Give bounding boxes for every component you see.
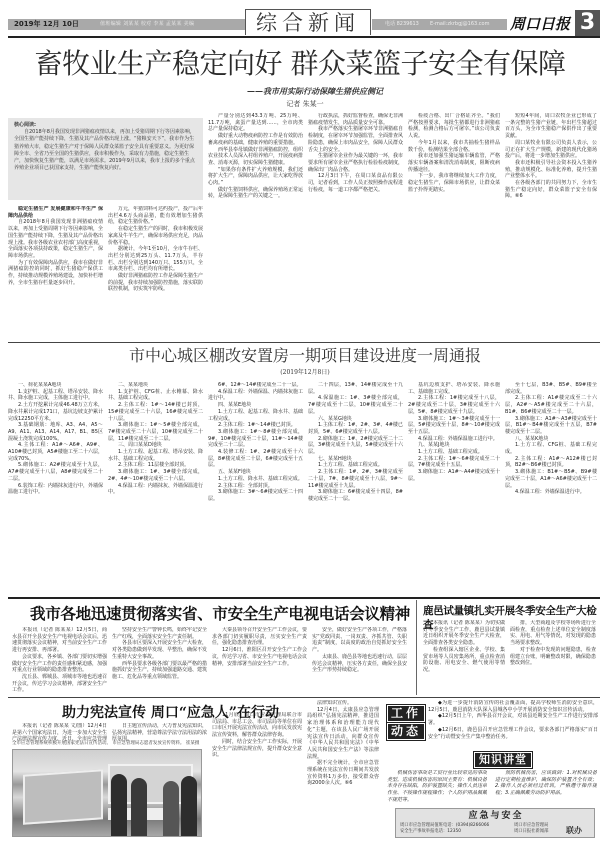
bulletin-item: 3.基础钢筋：地库、A3、A4、A5～A9、A11、A13、A14、A17、B1… <box>8 422 103 442</box>
section-title: 综合新闻 <box>245 9 371 35</box>
bulletin-item: 1.土方工程、基础工程完成。 <box>408 449 500 456</box>
story2-column-3: 大秦县领导召开安全生产工作会议，要求各部门切实履职尽责，压实安全生产责任，强化隐… <box>212 627 307 693</box>
paragraph: “如果你有条件扩大养殖规模，我们还将扩大生产，保障肉品供应，让大家吃得放心肉。” <box>208 167 303 187</box>
story4-column-1: 本报讯（记者 陈某某 文/图）12月4日是第六个国家宪法日，为进一步加大安全生产… <box>12 723 107 741</box>
bulletin-item: 4.保温工程：外墙保温、内墙抹灰施工进行中。 <box>208 389 303 402</box>
bulletin-item: 四、某某E地块 <box>208 402 303 409</box>
paragraph: 自2018年8月我国发现非洲猪瘟疫情以来，再加上受猪周期下行等因素影响，全国生猪… <box>8 219 103 259</box>
bulletin-column-6: 至十七层，B3#、B5#、B9#楼全部完成。 2.主体工程：A1#楼完成至二十六… <box>505 382 597 594</box>
lead-column-5: 检疫合格、出厂合格证齐全。“我们严格按照要求，每批生猪都进行非洲猪瘟检测，检测合… <box>408 113 500 340</box>
paragraph: 我市还加强生猪运输车辆监管，严格落实车辆备案和清洗消毒制度，阻断疫病传播途径。 <box>408 153 500 173</box>
paragraph: 同时，结合安全生产工作实际，开展安全生产法律法规宣传，提升群众安全意识。 <box>212 739 302 759</box>
editor-note-box: 核心阅读: 自2018年8月我国发现非洲猪瘟疫情以来，再加上受猪周期下行等因素影… <box>8 118 203 200</box>
news-photo-constitution-day <box>12 749 202 837</box>
paragraph: 在各级各部门的共同努力下，全市生猪生产稳定向好，群众菜篮子安全有保障。⑥6 <box>505 180 597 200</box>
story4-column-3: 11月底，周口市应急管理局联合市司法局、市总工会、市司法局等单位在周口市区开展宪… <box>212 712 302 837</box>
story2-column-2: 坚持安全生产警钟长鸣，始终牢记安全生产红线，全面落实安全生产责任制。 各县市区要… <box>112 627 207 693</box>
paragraph: 为了有效保障肉品供应，我市在做好非洲猪瘟防控的同时，抓好生猪稳产保供工作，持续推… <box>8 260 103 287</box>
paragraph: 会议要求，各乡镇、各部门要切实增强做好安全生产工作的责任感和紧迫感，加强对重点行… <box>12 654 107 674</box>
lead-column-2: 万元，年猪饲料可达约投产，投产后年出栏4.6万头商品猪，能有效增加生猪供给，稳定… <box>108 206 203 340</box>
paragraph: 做好非洲猪瘟防控工作是保障生猪生产的前提，我市持续加强防控措施，落实联防联控机制… <box>108 273 203 293</box>
section-divider <box>8 597 600 599</box>
contact-phone: 电话 8239613 <box>385 19 419 30</box>
bulletin-item: 至十七层，B3#、B5#、B9#楼全部完成。 <box>505 382 597 395</box>
photo-person <box>131 778 147 836</box>
paragraph: 短短4年间，周口农牧企业已形成了一条完整的生猪产业链，年出栏生猪超过百万头，为全… <box>505 113 597 140</box>
paragraph: 11月底，周口市应急管理局联合市司法局、市总工会、市司法局等单位在周口市区开展宪… <box>212 712 302 739</box>
paragraph: 对于检查中发现的问题隐患，检查组建立台账，明确整改时限，确保隐患整改到位。 <box>510 647 596 667</box>
bulletin-item: 2.土方开挖累计完成46.48万立方米，降水井累计完成171口，基坑边坡支护累计… <box>8 402 103 422</box>
paragraph: 太康县、鹿邑县等地也迅速行动，层层传达会议精神，压实各方责任，确保全县安全生产形… <box>312 654 407 674</box>
bulletin-item: 1.主体工程：1#、2#、3#、4#楼已封顶，5#、6#楼完成至十八层。 <box>308 422 403 435</box>
paragraph: 西华县奉母镇做好非洲猪瘟防控，组织农业技术人员深入村组养殖户，开展疫病排查、消毒… <box>208 147 303 167</box>
paragraph: 各县市区要深入开展安全生产大检查，对各类隐患做到早发现、早整治，确保不发生重特大… <box>112 640 207 660</box>
paragraph: 机械伤害事故是工贸行业比较常见的事故类型。造成机械伤害的原因主要有：机械设备本身… <box>387 770 487 804</box>
paragraph: 本报讯（记者 陈某某 文/图）12月4日是第六个国家宪法日，为进一步加大安全生产… <box>12 723 107 741</box>
paragraph: 万元，年猪饲料可达约投产，投产后年出栏4.6万头商品猪，能有效增加生猪供给，稳定… <box>108 206 203 226</box>
bulletin-item: 4.主体工程：A1#～A6#、A9#、A10#楼已封顶，A5#楼施工至二十六层，… <box>8 442 103 462</box>
bulletin-item: 6#、12#～14#楼完成至二十一层。 <box>208 382 303 389</box>
bulletin-column-1: 一、荷花某某A地块 1.支护桩、起基工程、塔吊安装、降水井、降水施工完成，主体施… <box>8 382 103 594</box>
paragraph: 据不完全统计，全市应急管理系统在宪法宣传日期间共发放宣传资料1万多份，接受群众咨… <box>307 760 379 787</box>
lead-column-4: 行政执法，抓好监督检查，确保无非洲猪瘟疫情发生，肉品质量安全可靠。 我市严格落实… <box>308 113 403 340</box>
bulletin-item: 3.砌体施工：3#～6#楼完成至二十四层。 <box>208 489 303 502</box>
paragraph: 本报讯（记者 陈某某）12月5日，商水县召开全县安全生产电视电话会议后，迅速贯彻… <box>12 627 107 654</box>
bulletin-item: 二十四层，13#、14#楼完成至十九层。 <box>308 382 403 395</box>
paragraph: 法律知识宣传。 <box>307 700 379 707</box>
paragraph: 排，大型商超及学校等场所进行全面检查，重点检查上述单位安全制度落实、用电、用气等… <box>510 620 596 647</box>
bulletin-item: 3.砌体施工：A1#～A4#楼完成至十层。 <box>408 469 500 482</box>
emergency-safety-box: 应急与安全 周口市应急管理局值班电话：(0394)8266066 安全生产事故举… <box>395 808 595 838</box>
paragraph: 据统计，今年1至10月，全市牛存栏、出栏分别达到25万头、11.7万头，羊存栏、… <box>108 246 203 273</box>
bulletin-item: 2.主体工程：1#～6#楼完成至二十层，7#楼完成至十五层。 <box>408 456 500 469</box>
paragraph: 做好重大动物疫病防控工作是有效防治畜禽疫病的基础，健康养殖的重要措施。 <box>208 133 303 146</box>
bulletin-item: 2.主体工程：A1#～A12#楼已封顶，B2#～B6#楼已封顶。 <box>505 456 597 469</box>
lead-column-1: 稳定生猪生产 发展健康和牛羊生产 保障肉品供给 自2018年8月我国发现非洲猪瘟… <box>8 206 103 340</box>
bulletin-column-5: 基坑边坡支护、塔吊安装、降水施工、基础施工完成。 2.主体工程：1#楼完成至十八… <box>408 382 500 594</box>
bulletin-item: 二、某某地块 <box>108 382 203 389</box>
paragraph: 12月4日，太康县应急管理局组织“弘扬宪法精神，推进国家治理体系和治理能力现代化… <box>307 707 379 761</box>
newspaper-logo: 周口日报 <box>510 14 570 34</box>
story3-column-2: 排，大型商超及学校等场所进行全面检查，重点检查上述单位安全制度落实、用电、用气等… <box>510 620 596 692</box>
editorial-staff: 值班编辑 刘某某 校对 李某 孟某某 美编 <box>100 19 194 30</box>
paragraph: 今年1月以来，我市共抽检生猪样品数千份，检测结果全部合格。 <box>408 140 500 153</box>
paragraph: 预防机械伤害，应该做到：1.对机械设备进行定期检查维护，确保防护装置齐全有效；2… <box>495 770 597 797</box>
paragraph: 大秦县领导召开安全生产工作会议，要求各部门切实履职尽责，压实安全生产责任，强化隐… <box>212 627 307 647</box>
paragraph: 日主题宣传活动，大力普及宪法知识，弘扬宪法精神，营造尊法学法守法用法的浓厚氛围。 <box>112 723 207 741</box>
emergency-box-title: 应急与安全 <box>396 811 596 822</box>
lead-section-head: 稳定生猪生产 发展健康和牛羊生产 保障肉品供给 <box>8 206 103 219</box>
bulletin-item: 1.支护桩、起基工程、塔吊安装、降水井、降水施工完成，主体施工进行中。 <box>8 389 103 402</box>
bulletin-date: (2019年12月8日) <box>0 369 600 377</box>
contact-email: E-mail:zkrbgj@163.com <box>430 19 490 30</box>
bulletin-item: 4.装修工程：1#、2#楼完成至十六层，8#楼完成至二十层，6#楼完成至十五层。 <box>208 449 303 469</box>
paragraph: 12月3日下午，在周口某食品有限公司，记者看到，工作人员正按照操作流程进行检疫，… <box>308 173 403 193</box>
masthead: 2019年 12月 10日 值班编辑 刘某某 校对 李某 孟某某 美编 综合新闻… <box>0 0 600 40</box>
bulletin-item: 1.土方工程、CFG桩、基础工程完成。 <box>505 442 597 455</box>
paragraph: 我市严格落实生猪屠宰环节非洲猪瘟自检制度，在屠宰环节加强监管，全面排查风险隐患，… <box>308 126 403 153</box>
news-brief: ◆12月5日上午，西华县召开会议，对该县近期安全生产工作进行安排部署。 <box>428 713 598 726</box>
paragraph: 下一步，我市将继续加大工作力度，稳定生猪生产，保障市场供应，让群众菜篮子拎得更踏… <box>408 173 500 193</box>
story4-column-2: 日主题宣传活动，大力普及宪法知识，弘扬宪法精神，营造尊法学法守法用法的浓厚氛围。 <box>112 723 207 741</box>
bulletin-item: 3.砌体施工：1#～3#楼完成至十一层，5#楼完成至十层，8#～10#楼完成至十… <box>408 416 500 436</box>
bulletin-item: 2.砌体施工：1#、2#楼完成至二十二层，3#楼完成至十九层，5#楼完成至十六层… <box>308 436 403 456</box>
photo-person <box>181 776 197 836</box>
bulletin-item: 3.砌体施工：A1#～A3#楼完成至十层，B1#～B4#楼完成至十五层，B7#楼… <box>505 416 597 436</box>
bulletin-item: 2.主体工程：1#～14#楼已封顶。 <box>208 422 303 429</box>
bulletin-column-3: 6#、12#～14#楼完成至二十一层。 4.保温工程：外墙保温、内墙抹灰施工进行… <box>208 382 303 594</box>
bulletin-item: 3.砌体施工：1#～8#楼全部完成，9#、10#楼完成至二十层，11#～14#楼… <box>208 429 303 449</box>
paragraph: 12月6日，淮阳区召开安全生产工作会议，传达学习省、市安全生产电视电话会议精神，… <box>212 647 307 667</box>
paragraph: 生猪屠宰企业作为最关键的一环，我市要求所有屠宰企业严格执行检验检疫制度，确保出厂… <box>308 153 403 173</box>
work-news-label-1: 工作 <box>387 705 425 722</box>
lead-headline: 畜牧业生产稳定向好 群众菜篮子安全有保障 <box>0 47 600 81</box>
bulletin-item: 5.砌体施工：A2#楼完成至十九层，A7#楼完成至十八层，A8#楼完成至二十二层… <box>8 462 103 482</box>
column-divider <box>416 600 417 695</box>
bulletin-item: 2.主体工程：1#楼完成至十八层，2#楼完成至二十层，3#楼完成至十六层，5#、… <box>408 395 500 415</box>
editor-note-text: 自2018年8月我国发现非洲猪瘟疫情以来，再加上受猪周期下行等因素影响，全国生猪… <box>14 129 197 172</box>
story2-column-1: 本报讯（记者 陈某某）12月5日，商水县召开全县安全生产电视电话会议后，迅速贯彻… <box>12 627 107 693</box>
paragraph: 我市还积极引导社会资本投入生猪养殖，推动规模化、标准化养殖，提升生猪产业整体水平… <box>505 160 597 180</box>
bulletin-column-2: 二、某某地块 1.支护桩、CFG桩、止水帷幕、降水井、基础工程完成。 2.主体工… <box>108 382 203 594</box>
knowledge-lecture-label: 知识讲堂 <box>474 752 532 768</box>
paragraph: 周口某牧业有限公司负责人表示，公司正在扩大生产规模，新建的现代化猪场投产后，将进… <box>505 140 597 160</box>
bulletin-item: 2.主体工程：A1#楼完成至二十六层，A2#～A5#楼完成至二十六层，B1#、B… <box>505 395 597 415</box>
story-headline-safety-meeting: 我市各地迅速贯彻落实省、市安全生产电视电话会议精神 <box>30 604 410 624</box>
bulletin-column-4: 二十四层，13#、14#楼完成至十九层。 4.保温施工：1#、3#楼全部完成，7… <box>308 382 403 594</box>
knowledge-column-1: 机械伤害事故是工贸行业比较常见的事故类型。造成机械伤害的原因主要有：机械设备本身… <box>387 770 487 806</box>
paragraph: 检查组深入辖区企业、学校、集贸市场等人员密集场所，重点检查消防设施、用电安全、燃… <box>423 647 505 674</box>
paragraph: 检疫合格、出厂合格证齐全。“我们严格按照要求，每批生猪都进行非洲猪瘟检测，检测合… <box>408 113 500 140</box>
paragraph: 做好生猪饲料供应，确保养殖场正常运转，是保障生猪生产的关键之一。 <box>208 187 303 200</box>
section-divider <box>8 697 600 698</box>
story4-column-4: 法律知识宣传。 12月4日，太康县应急管理局组织“弘扬宪法精神，推进国家治理体系… <box>307 700 379 837</box>
paragraph: 本报讯（记者 陈某某）为切实做好冬季安全生产工作，鹿邑县试量镇近日组织开展冬季安… <box>423 620 505 647</box>
paragraph: 坚持安全生产警钟长鸣，始终牢记安全生产红线，全面落实安全生产责任制。 <box>112 627 207 640</box>
bulletin-item: 4.保温施工：1#、3#楼全部完成，7#楼完成至十二层，10#楼完成至二十层。 <box>308 395 403 415</box>
paragraph: 在稳定生猪生产的同时，我市积极发展家禽及牛羊生产，确保市场供应充足，肉品价格平稳… <box>108 226 203 246</box>
paragraph: 产量分别达到43.3万吨、25万吨、11.7万吨，禽蛋产量达到……，全市肉类总产… <box>208 113 303 133</box>
paragraph: 西华县要求各级各部门要以最严格的措施抓好安全生产，持续加强道路交通、建筑施工、危… <box>112 661 207 681</box>
bulletin-item: 基坑边坡支护、塔吊安装、降水施工、基础施工完成。 <box>408 382 500 395</box>
bulletin-headline: 市中心城区棚改安置房一期项目建设进度一周通报 <box>0 346 600 366</box>
work-news-list: ◆为进一步提升消防宣传的社会覆盖面，提高学校师生消防安全意识，12月5日，鹿邑消… <box>428 700 598 748</box>
story3-column-1: 本报讯（记者 陈某某）为切实做好冬季安全生产工作，鹿邑县试量镇近日组织开展冬季安… <box>423 620 505 692</box>
bulletin-item: 3.砌体施工：6#楼完成至十四层，8#楼完成至二十一层。 <box>308 489 403 502</box>
bulletin-item: 1.土方工程、起基工程、塔吊安装、降水井、基础工程完成。 <box>108 449 203 462</box>
work-news-label-2: 动态 <box>387 723 425 740</box>
lead-subheadline: ——我市用实际行动保障生猪供应侧记 <box>0 86 600 96</box>
photo-person <box>111 774 127 836</box>
bulletin-item: 2.主体工程：1#、2#、3#楼完成至二十层，7#、8#楼完成至十八层，9#～1… <box>308 469 403 489</box>
lead-column-3: 产量分别达到43.3万吨、25万吨、11.7万吨，禽蛋产量达到……，全市肉类总产… <box>208 113 303 340</box>
photo-person <box>163 781 179 836</box>
news-brief: ◆为进一步提升消防宣传的社会覆盖面，提高学校师生消防安全意识，12月5日，鹿邑消… <box>428 700 598 713</box>
bulletin-item: 4.保温工程：内墙抹灰、外墙保温进行中。 <box>108 483 203 496</box>
knowledge-column-2: 预防机械伤害，应该做到：1.对机械设备进行定期检查维护，确保防护装置齐全有效；2… <box>495 770 597 806</box>
page-number: 3 <box>575 10 600 36</box>
paragraph: 沈丘县、郸城县、项城市等地也迅速召开会议，传达学习会议精神，部署安全生产工作。 <box>12 674 107 693</box>
bulletin-item: 一、荷花某某A地块 <box>8 382 103 389</box>
bulletin-item: 五、某某F地块 <box>208 469 303 476</box>
story2-column-4: 安全，做好安全生产各项工作，严格落实“党政同责、一岗双责、齐抓共管、失职追责”制… <box>312 627 407 693</box>
bulletin-item: 2.主体工程：1#～14#楼已封顶，15#楼完成至二十六层，16#楼完成至二十八… <box>108 402 203 422</box>
section-divider <box>8 342 600 343</box>
bulletin-item: 4.保温工程：外墙保温进行中。 <box>505 489 597 496</box>
bulletin-item: 1.土方工程、起基工程、降水井、基础工程完成。 <box>208 409 303 422</box>
paragraph: 安全，做好安全生产各项工作，严格落实“党政同责、一岗双责、齐抓共管、失职追责”制… <box>312 627 407 654</box>
lead-column-6: 短短4年间，周口农牧企业已形成了一条完整的生猪产业链，年出栏生猪超过百万头，为全… <box>505 113 597 340</box>
bulletin-item: 3.砌体施工：1#～5#楼全部完成，7#楼完成至二十六层，10#楼完成至二十层，… <box>108 422 203 442</box>
photo-display-board <box>23 769 103 825</box>
lead-byline: 记者 朱某一 <box>0 100 600 109</box>
news-brief: ◆12月6日，鹿邑县召开应急管理工作会议，要求各部门严格落实“百日安全”行动暨安… <box>428 727 598 740</box>
bulletin-item: 3.砌体施工：B1#～B5#、B9#楼完成至二十层，A1#～A6#楼完成至十二层… <box>505 469 597 489</box>
paragraph: 行政执法，抓好监督检查，确保无非洲猪瘟疫情发生，肉品质量安全可靠。 <box>308 113 403 126</box>
masthead-rule <box>8 36 600 38</box>
accident-report-hotline: 安全生产事故举报电话：12350 <box>400 829 461 835</box>
cohost-org: 周口日报社新闻部 <box>514 829 548 835</box>
bulletin-item: 3.砌体施工：1#、3#楼全部完成，2#、4#～10#楼完成至二十六层。 <box>108 469 203 482</box>
bulletin-item: 6.装饰工程：内墙抹灰进行中，外墙保温施工进行中。 <box>8 483 103 496</box>
photo-caption: 全市应急管理系统积极开展国家宪法日宣传活动。 市应急管理局志愿者发放宣传资料。 … <box>12 741 212 747</box>
bulletin-item: 1.支护桩、CFG桩、止水帷幕、降水井、基础工程完成。 <box>108 389 203 402</box>
joint-host-label: 联办 <box>566 824 582 836</box>
issue-date: 2019年 12月 10日 <box>14 19 79 30</box>
bulletin-item: 1.土方工程、降水井、基础工程完成。 <box>208 476 303 483</box>
